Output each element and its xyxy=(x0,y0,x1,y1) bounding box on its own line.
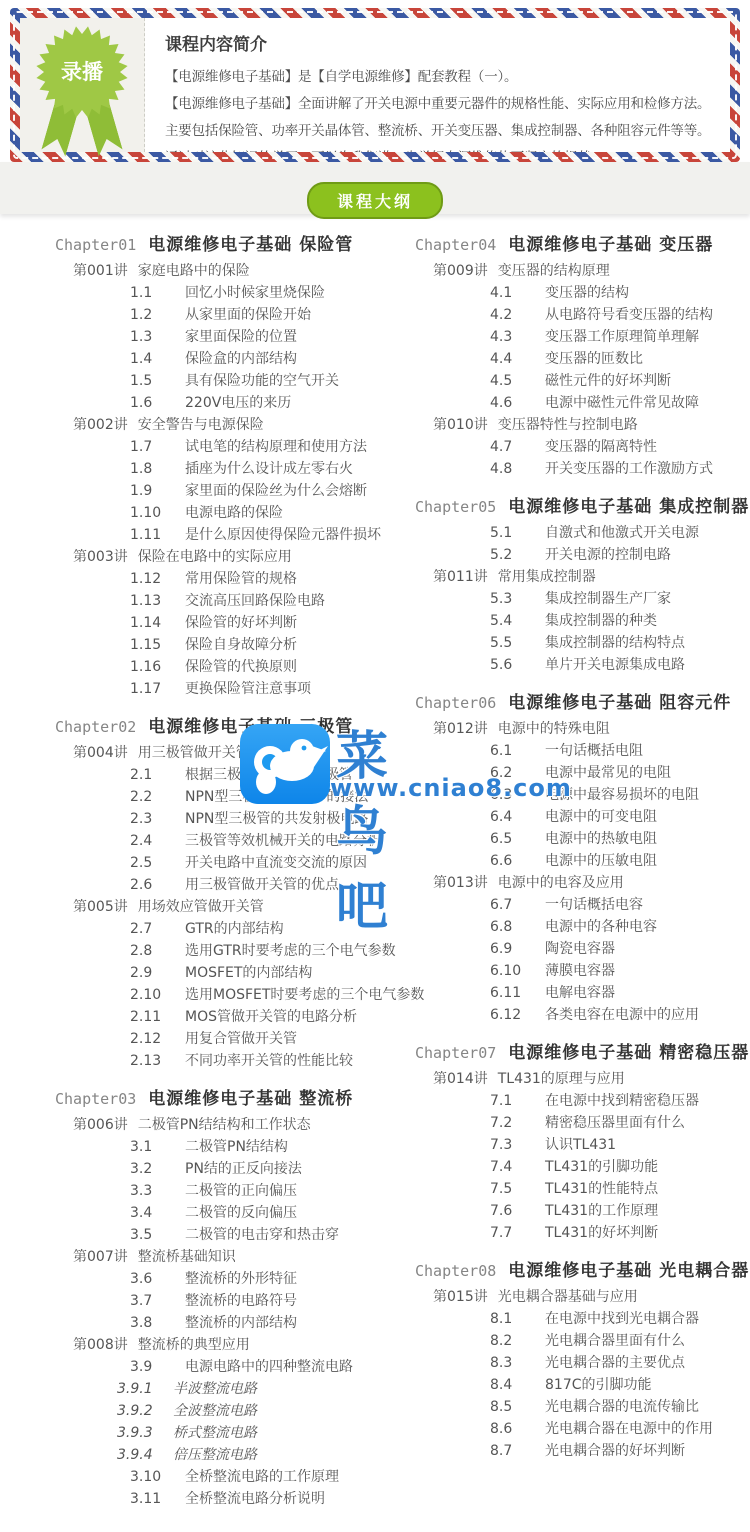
lesson-title: MOS管做开关管的电路分析 xyxy=(185,1006,357,1028)
lesson-row: 3.3二极管的正向偏压 xyxy=(55,1180,385,1202)
lesson-number: 5.3 xyxy=(490,588,545,610)
lesson-number: 1.1 xyxy=(130,282,185,304)
lesson-title: 电源中最容易损坏的电阻 xyxy=(545,784,699,806)
chapter-block: Chapter01电源维修电子基础 保险管第001讲家庭电路中的保险1.1回忆小… xyxy=(55,232,385,700)
lesson-title: TL431的好坏判断 xyxy=(545,1222,658,1244)
lesson-row: 2.9MOSFET的内部结构 xyxy=(55,962,385,984)
lesson-row: 3.1二极管PN结结构 xyxy=(55,1136,385,1158)
chapter-block: Chapter03电源维修电子基础 整流桥第006讲二极管PN结结构和工作状态3… xyxy=(55,1086,385,1510)
lesson-title: 单片开关电源集成电路 xyxy=(545,654,685,676)
intro-paragraph-line: 主要包括保险管、功率开关晶体管、整流桥、开关变压器、集成控制器、各种阻容元件等等… xyxy=(165,118,722,145)
chapter-heading: Chapter08电源维修电子基础 光电耦合器 xyxy=(415,1258,745,1284)
lecture-number: 第010讲 xyxy=(433,414,488,436)
lesson-title: 电源电路的保险 xyxy=(185,502,283,524)
lesson-title: 用复合管做开关管 xyxy=(185,1028,297,1050)
course-outline: Chapter01电源维修电子基础 保险管第001讲家庭电路中的保险1.1回忆小… xyxy=(55,232,745,1510)
chapter-label: Chapter02 xyxy=(55,718,136,736)
lesson-number: 8.4 xyxy=(490,1374,545,1396)
lesson-row: 3.11全桥整流电路分析说明 xyxy=(55,1488,385,1510)
lesson-row: 3.9.2全波整流电路 xyxy=(55,1400,385,1422)
lesson-title: 家里面保险的位置 xyxy=(185,326,297,348)
lesson-number: 1.5 xyxy=(130,370,185,392)
lecture-title: 保险在电路中的实际应用 xyxy=(138,546,292,568)
lesson-number: 3.9.2 xyxy=(117,1400,173,1422)
intro-title: 课程内容简介 xyxy=(165,30,722,55)
lesson-row: 2.10选用MOSFET时要考虑的三个电气参数 xyxy=(55,984,385,1006)
lesson-number: 2.4 xyxy=(130,830,185,852)
lesson-title: 二极管PN结结构 xyxy=(185,1136,288,1158)
lesson-title: 光电耦合器的主要优点 xyxy=(545,1352,685,1374)
lesson-title: 集成控制器生产厂家 xyxy=(545,588,671,610)
lesson-number: 5.4 xyxy=(490,610,545,632)
lesson-title: 电源中的各种电容 xyxy=(545,916,657,938)
lesson-row: 1.6220V电压的来历 xyxy=(55,392,385,414)
lecture-row: 第006讲二极管PN结结构和工作状态 xyxy=(55,1114,385,1136)
lecture-row: 第007讲整流桥基础知识 xyxy=(55,1246,385,1268)
lesson-number: 7.2 xyxy=(490,1112,545,1134)
chapter-title: 电源维修电子基础 保险管 xyxy=(148,235,353,255)
lecture-title: 光电耦合器基础与应用 xyxy=(498,1286,638,1308)
lesson-row: 3.9电源电路中的四种整流电路 xyxy=(55,1356,385,1378)
lesson-title: 二极管的反向偏压 xyxy=(185,1202,297,1224)
lesson-number: 4.8 xyxy=(490,458,545,480)
lesson-row: 7.5TL431的性能特点 xyxy=(415,1178,745,1200)
lesson-number: 1.3 xyxy=(130,326,185,348)
lesson-number: 4.3 xyxy=(490,326,545,348)
lesson-number: 8.6 xyxy=(490,1418,545,1440)
lesson-title: 从电路符号看变压器的结构 xyxy=(545,304,713,326)
chapter-label: Chapter05 xyxy=(415,498,496,516)
lesson-number: 6.5 xyxy=(490,828,545,850)
lesson-row: 3.9.4倍压整流电路 xyxy=(55,1444,385,1466)
lecture-row: 第012讲电源中的特殊电阻 xyxy=(415,718,745,740)
chapter-title: 电源维修电子基础 光电耦合器 xyxy=(508,1261,749,1281)
outline-column-left: Chapter01电源维修电子基础 保险管第001讲家庭电路中的保险1.1回忆小… xyxy=(55,232,385,1510)
lecture-title: 变压器特性与控制电路 xyxy=(498,414,638,436)
lesson-number: 8.3 xyxy=(490,1352,545,1374)
chapter-label: Chapter03 xyxy=(55,1090,136,1108)
lesson-row: 4.1变压器的结构 xyxy=(415,282,745,304)
lesson-number: 6.3 xyxy=(490,784,545,806)
chapter-title: 电源维修电子基础 整流桥 xyxy=(148,1089,353,1109)
lesson-row: 2.12用复合管做开关管 xyxy=(55,1028,385,1050)
lesson-number: 2.7 xyxy=(130,918,185,940)
lesson-title: NPN型三极管的共发射极电路 xyxy=(185,808,368,830)
lesson-row: 1.14保险管的好坏判断 xyxy=(55,612,385,634)
outline-button[interactable]: 课程大纲 xyxy=(307,182,443,219)
chapter-title: 电源维修电子基础 三极管 xyxy=(148,717,353,737)
lesson-row: 1.3家里面保险的位置 xyxy=(55,326,385,348)
lesson-title: 电源中的可变电阻 xyxy=(545,806,657,828)
course-intro-inner: 录播 课程内容简介 【电源维修电子基础】是【自学电源维修】配套教程（一）。 【电… xyxy=(20,18,730,152)
lesson-title: 保险自身故障分析 xyxy=(185,634,297,656)
lesson-number: 2.12 xyxy=(130,1028,185,1050)
lesson-title: 陶瓷电容器 xyxy=(545,938,615,960)
lecture-number: 第004讲 xyxy=(73,742,128,764)
lesson-number: 8.2 xyxy=(490,1330,545,1352)
lesson-title: 变压器的隔离特性 xyxy=(545,436,657,458)
lesson-row: 1.11是什么原因使得保险元器件损坏 xyxy=(55,524,385,546)
lesson-row: 5.3集成控制器生产厂家 xyxy=(415,588,745,610)
lesson-row: 1.17更换保险管注意事项 xyxy=(55,678,385,700)
lecture-number: 第009讲 xyxy=(433,260,488,282)
lesson-title: 一句话概括电阻 xyxy=(545,740,643,762)
lesson-row: 4.2从电路符号看变压器的结构 xyxy=(415,304,745,326)
lesson-title: MOSFET的内部结构 xyxy=(185,962,312,984)
chapter-label: Chapter08 xyxy=(415,1262,496,1280)
lecture-title: 用场效应管做开关管 xyxy=(138,896,264,918)
lesson-title: 全桥整流电路分析说明 xyxy=(185,1488,325,1510)
lesson-number: 5.5 xyxy=(490,632,545,654)
lesson-row: 1.9家里面的保险丝为什么会熔断 xyxy=(55,480,385,502)
lesson-row: 6.1一句话概括电阻 xyxy=(415,740,745,762)
lesson-number: 3.9.4 xyxy=(117,1444,173,1466)
lesson-row: 1.15保险自身故障分析 xyxy=(55,634,385,656)
chapter-heading: Chapter05电源维修电子基础 集成控制器 xyxy=(415,494,745,520)
lesson-number: 3.3 xyxy=(130,1180,185,1202)
lesson-number: 2.5 xyxy=(130,852,185,874)
lecture-title: 家庭电路中的保险 xyxy=(138,260,250,282)
lesson-row: 1.10电源电路的保险 xyxy=(55,502,385,524)
lesson-number: 7.1 xyxy=(490,1090,545,1112)
lesson-number: 4.2 xyxy=(490,304,545,326)
lesson-title: 倍压整流电路 xyxy=(173,1444,257,1466)
intro-paragraph-line: 【电源维修电子基础】全面讲解了开关电源中重要元器件的规格性能、实际应用和检修方法… xyxy=(165,91,722,118)
lesson-title: 各类电容在电源中的应用 xyxy=(545,1004,699,1026)
lesson-title: 集成控制器的种类 xyxy=(545,610,657,632)
lecture-row: 第001讲家庭电路中的保险 xyxy=(55,260,385,282)
lesson-row: 7.2精密稳压器里面有什么 xyxy=(415,1112,745,1134)
chapter-title: 电源维修电子基础 精密稳压器 xyxy=(508,1043,749,1063)
lesson-title: 光电耦合器的电流传输比 xyxy=(545,1396,699,1418)
lesson-title: 根据三极管型号认识三极管 xyxy=(185,764,353,786)
lecture-row: 第002讲安全警告与电源保险 xyxy=(55,414,385,436)
lesson-title: 回忆小时候家里烧保险 xyxy=(185,282,325,304)
lesson-row: 6.3电源中最容易损坏的电阻 xyxy=(415,784,745,806)
lesson-title: 半波整流电路 xyxy=(173,1378,257,1400)
lesson-row: 5.4集成控制器的种类 xyxy=(415,610,745,632)
lesson-number: 1.10 xyxy=(130,502,185,524)
lesson-number: 6.6 xyxy=(490,850,545,872)
lesson-row: 5.1自激式和他激式开关电源 xyxy=(415,522,745,544)
lesson-row: 2.2NPN型三极管在电路中的接法 xyxy=(55,786,385,808)
lecture-number: 第007讲 xyxy=(73,1246,128,1268)
chapter-heading: Chapter06电源维修电子基础 阻容元件 xyxy=(415,690,745,716)
chapter-title: 电源维修电子基础 变压器 xyxy=(508,235,713,255)
chapter-heading: Chapter02电源维修电子基础 三极管 xyxy=(55,714,385,740)
lesson-title: 全桥整流电路的工作原理 xyxy=(185,1466,339,1488)
lesson-row: 2.8选用GTR时要考虑的三个电气参数 xyxy=(55,940,385,962)
lesson-row: 8.5光电耦合器的电流传输比 xyxy=(415,1396,745,1418)
lesson-row: 3.8整流桥的内部结构 xyxy=(55,1312,385,1334)
lesson-row: 5.6单片开关电源集成电路 xyxy=(415,654,745,676)
lesson-number: 4.7 xyxy=(490,436,545,458)
lesson-number: 7.4 xyxy=(490,1156,545,1178)
lesson-row: 6.5电源中的热敏电阻 xyxy=(415,828,745,850)
lesson-row: 6.7一句话概括电容 xyxy=(415,894,745,916)
lesson-number: 5.6 xyxy=(490,654,545,676)
lecture-row: 第010讲变压器特性与控制电路 xyxy=(415,414,745,436)
chapter-title: 电源维修电子基础 集成控制器 xyxy=(508,497,749,517)
lesson-title: 交流高压回路保险电路 xyxy=(185,590,325,612)
lesson-title: 自激式和他激式开关电源 xyxy=(545,522,699,544)
lesson-row: 7.4TL431的引脚功能 xyxy=(415,1156,745,1178)
lesson-row: 8.1在电源中找到光电耦合器 xyxy=(415,1308,745,1330)
lesson-title: NPN型三极管在电路中的接法 xyxy=(185,786,368,808)
lesson-row: 3.6整流桥的外形特征 xyxy=(55,1268,385,1290)
lesson-title: 从家里面的保险开始 xyxy=(185,304,311,326)
chapter-block: Chapter02电源维修电子基础 三极管第004讲用三极管做开关管2.1根据三… xyxy=(55,714,385,1072)
lesson-number: 4.1 xyxy=(490,282,545,304)
lesson-number: 3.5 xyxy=(130,1224,185,1246)
lesson-title: 电源电路中的四种整流电路 xyxy=(185,1356,353,1378)
lesson-number: 7.6 xyxy=(490,1200,545,1222)
lecture-row: 第004讲用三极管做开关管 xyxy=(55,742,385,764)
lesson-title: 试电笔的结构原理和使用方法 xyxy=(185,436,367,458)
lesson-row: 2.4三极管等效机械开关的电路分析 xyxy=(55,830,385,852)
lesson-number: 1.8 xyxy=(130,458,185,480)
lesson-number: 7.3 xyxy=(490,1134,545,1156)
lesson-number: 3.11 xyxy=(130,1488,185,1510)
lecture-title: 用三极管做开关管 xyxy=(138,742,250,764)
lesson-row: 4.3变压器工作原理简单理解 xyxy=(415,326,745,348)
lesson-number: 1.6 xyxy=(130,392,185,414)
lesson-row: 8.7光电耦合器的好坏判断 xyxy=(415,1440,745,1462)
lesson-number: 4.4 xyxy=(490,348,545,370)
lecture-title: TL431的原理与应用 xyxy=(498,1068,625,1090)
lesson-row: 8.2光电耦合器里面有什么 xyxy=(415,1330,745,1352)
lecture-number: 第015讲 xyxy=(433,1286,488,1308)
lesson-number: 2.10 xyxy=(130,984,185,1006)
lesson-row: 6.8电源中的各种电容 xyxy=(415,916,745,938)
chapter-heading: Chapter04电源维修电子基础 变压器 xyxy=(415,232,745,258)
lesson-number: 2.13 xyxy=(130,1050,185,1072)
lecture-title: 二极管PN结结构和工作状态 xyxy=(138,1114,311,1136)
lesson-number: 1.16 xyxy=(130,656,185,678)
lesson-row: 5.2开关电源的控制电路 xyxy=(415,544,745,566)
lesson-title: 选用GTR时要考虑的三个电气参数 xyxy=(185,940,396,962)
lesson-title: 电源中磁性元件常见故障 xyxy=(545,392,699,414)
lesson-row: 1.5具有保险功能的空气开关 xyxy=(55,370,385,392)
lesson-number: 8.7 xyxy=(490,1440,545,1462)
lecture-number: 第008讲 xyxy=(73,1334,128,1356)
lesson-title: 在电源中找到精密稳压器 xyxy=(545,1090,699,1112)
lesson-title: 变压器的匝数比 xyxy=(545,348,643,370)
lesson-number: 3.9.3 xyxy=(117,1422,173,1444)
lesson-row: 4.5磁性元件的好坏判断 xyxy=(415,370,745,392)
intro-paragraph-line: 【电源维修电子基础】是【自学电源维修】配套教程（一）。 xyxy=(165,64,722,91)
lesson-title: 不同功率开关管的性能比较 xyxy=(185,1050,353,1072)
chapter-title: 电源维修电子基础 阻容元件 xyxy=(508,693,731,713)
lesson-row: 4.7变压器的隔离特性 xyxy=(415,436,745,458)
lesson-title: 保险管的代换原则 xyxy=(185,656,297,678)
lesson-row: 2.5开关电路中直流变交流的原因 xyxy=(55,852,385,874)
lesson-row: 6.6电源中的压敏电阻 xyxy=(415,850,745,872)
lecture-number: 第011讲 xyxy=(433,566,488,588)
lecture-number: 第012讲 xyxy=(433,718,488,740)
lesson-row: 2.7GTR的内部结构 xyxy=(55,918,385,940)
lesson-title: TL431的引脚功能 xyxy=(545,1156,658,1178)
chapter-heading: Chapter01电源维修电子基础 保险管 xyxy=(55,232,385,258)
recorded-badge-seal-icon: 录播 xyxy=(34,24,130,120)
chapter-heading: Chapter03电源维修电子基础 整流桥 xyxy=(55,1086,385,1112)
lesson-title: 认识TL431 xyxy=(545,1134,616,1156)
lesson-title: 开关电源的控制电路 xyxy=(545,544,671,566)
lesson-number: 2.8 xyxy=(130,940,185,962)
course-intro-card: 录播 课程内容简介 【电源维修电子基础】是【自学电源维修】配套教程（一）。 【电… xyxy=(10,8,740,162)
lecture-number: 第001讲 xyxy=(73,260,128,282)
lesson-title: 保险盒的内部结构 xyxy=(185,348,297,370)
lesson-title: 变压器的结构 xyxy=(545,282,629,304)
lesson-title: 插座为什么设计成左零右火 xyxy=(185,458,353,480)
lesson-row: 8.6光电耦合器在电源中的作用 xyxy=(415,1418,745,1440)
lecture-title: 整流桥基础知识 xyxy=(138,1246,236,1268)
lesson-row: 2.6用三极管做开关管的优点 xyxy=(55,874,385,896)
lesson-number: 2.6 xyxy=(130,874,185,896)
lesson-title: 用三极管做开关管的优点 xyxy=(185,874,339,896)
lesson-number: 1.9 xyxy=(130,480,185,502)
lesson-row: 7.3认识TL431 xyxy=(415,1134,745,1156)
chapter-label: Chapter07 xyxy=(415,1044,496,1062)
lecture-number: 第013讲 xyxy=(433,872,488,894)
lesson-number: 6.9 xyxy=(490,938,545,960)
lesson-number: 3.4 xyxy=(130,1202,185,1224)
lesson-title: TL431的工作原理 xyxy=(545,1200,658,1222)
lesson-row: 7.7TL431的好坏判断 xyxy=(415,1222,745,1244)
lesson-row: 3.4二极管的反向偏压 xyxy=(55,1202,385,1224)
lesson-number: 3.1 xyxy=(130,1136,185,1158)
lesson-title: 是什么原因使得保险元器件损坏 xyxy=(185,524,381,546)
lesson-number: 2.3 xyxy=(130,808,185,830)
lesson-number: 1.11 xyxy=(130,524,185,546)
lecture-number: 第006讲 xyxy=(73,1114,128,1136)
lesson-title: 220V电压的来历 xyxy=(185,392,291,414)
lesson-title: 一句话概括电容 xyxy=(545,894,643,916)
lesson-title: 更换保险管注意事项 xyxy=(185,678,311,700)
lesson-row: 2.11MOS管做开关管的电路分析 xyxy=(55,1006,385,1028)
lesson-title: 电源中的压敏电阻 xyxy=(545,850,657,872)
lesson-row: 1.7试电笔的结构原理和使用方法 xyxy=(55,436,385,458)
lecture-title: 变压器的结构原理 xyxy=(498,260,610,282)
lesson-row: 4.8开关变压器的工作激励方式 xyxy=(415,458,745,480)
lesson-title: 磁性元件的好坏判断 xyxy=(545,370,671,392)
lesson-number: 1.17 xyxy=(130,678,185,700)
chapter-block: Chapter05电源维修电子基础 集成控制器5.1自激式和他激式开关电源5.2… xyxy=(415,494,745,676)
lesson-number: 3.7 xyxy=(130,1290,185,1312)
lesson-row: 1.12常用保险管的规格 xyxy=(55,568,385,590)
lesson-number: 3.2 xyxy=(130,1158,185,1180)
lecture-row: 第013讲电源中的电容及应用 xyxy=(415,872,745,894)
lesson-title: GTR的内部结构 xyxy=(185,918,284,940)
lesson-title: 电解电容器 xyxy=(545,982,615,1004)
lesson-row: 3.9.1半波整流电路 xyxy=(55,1378,385,1400)
lesson-number: 1.4 xyxy=(130,348,185,370)
lesson-number: 1.14 xyxy=(130,612,185,634)
lesson-title: 二极管的正向偏压 xyxy=(185,1180,297,1202)
lesson-row: 4.4变压器的匝数比 xyxy=(415,348,745,370)
recorded-badge-panel: 录播 xyxy=(20,18,145,152)
lesson-title: 整流桥的内部结构 xyxy=(185,1312,297,1334)
lesson-number: 1.7 xyxy=(130,436,185,458)
lecture-row: 第008讲整流桥的典型应用 xyxy=(55,1334,385,1356)
lesson-title: 选用MOSFET时要考虑的三个电气参数 xyxy=(185,984,424,1006)
lesson-number: 6.4 xyxy=(490,806,545,828)
lesson-title: 整流桥的电路符号 xyxy=(185,1290,297,1312)
lesson-title: 具有保险功能的空气开关 xyxy=(185,370,339,392)
lesson-title: 三极管等效机械开关的电路分析 xyxy=(185,830,381,852)
lesson-number: 3.10 xyxy=(130,1466,185,1488)
lesson-row: 6.4电源中的可变电阻 xyxy=(415,806,745,828)
lesson-row: 2.13不同功率开关管的性能比较 xyxy=(55,1050,385,1072)
lesson-row: 1.13交流高压回路保险电路 xyxy=(55,590,385,612)
lesson-number: 5.2 xyxy=(490,544,545,566)
lesson-row: 8.3光电耦合器的主要优点 xyxy=(415,1352,745,1374)
lesson-row: 5.5集成控制器的结构特点 xyxy=(415,632,745,654)
lesson-number: 5.1 xyxy=(490,522,545,544)
lesson-title: 开关变压器的工作激励方式 xyxy=(545,458,713,480)
lesson-row: 1.4保险盒的内部结构 xyxy=(55,348,385,370)
lesson-number: 3.9 xyxy=(130,1356,185,1378)
outline-column-right: Chapter04电源维修电子基础 变压器第009讲变压器的结构原理4.1变压器… xyxy=(415,232,745,1510)
lecture-row: 第009讲变压器的结构原理 xyxy=(415,260,745,282)
lesson-number: 3.6 xyxy=(130,1268,185,1290)
lesson-title: 光电耦合器在电源中的作用 xyxy=(545,1418,713,1440)
lesson-number: 8.5 xyxy=(490,1396,545,1418)
lesson-row: 8.4817C的引脚功能 xyxy=(415,1374,745,1396)
lesson-title: TL431的性能特点 xyxy=(545,1178,658,1200)
lesson-title: 光电耦合器里面有什么 xyxy=(545,1330,685,1352)
chapter-label: Chapter06 xyxy=(415,694,496,712)
lecture-number: 第003讲 xyxy=(73,546,128,568)
lesson-title: 保险管的好坏判断 xyxy=(185,612,297,634)
lesson-row: 7.1在电源中找到精密稳压器 xyxy=(415,1090,745,1112)
lesson-number: 2.2 xyxy=(130,786,185,808)
lesson-row: 4.6电源中磁性元件常见故障 xyxy=(415,392,745,414)
chapter-label: Chapter01 xyxy=(55,236,136,254)
course-intro-text: 课程内容简介 【电源维修电子基础】是【自学电源维修】配套教程（一）。 【电源维修… xyxy=(145,18,730,152)
lesson-title: 在电源中找到光电耦合器 xyxy=(545,1308,699,1330)
lesson-row: 1.2从家里面的保险开始 xyxy=(55,304,385,326)
lesson-title: 电源中的热敏电阻 xyxy=(545,828,657,850)
lesson-row: 1.8插座为什么设计成左零右火 xyxy=(55,458,385,480)
lesson-row: 6.2电源中最常见的电阻 xyxy=(415,762,745,784)
lesson-number: 4.5 xyxy=(490,370,545,392)
lecture-title: 电源中的电容及应用 xyxy=(498,872,624,894)
lesson-title: 整流桥的外形特征 xyxy=(185,1268,297,1290)
lesson-number: 4.6 xyxy=(490,392,545,414)
lesson-row: 3.7整流桥的电路符号 xyxy=(55,1290,385,1312)
chapter-block: Chapter07电源维修电子基础 精密稳压器第014讲TL431的原理与应用7… xyxy=(415,1040,745,1244)
lesson-row: 1.16保险管的代换原则 xyxy=(55,656,385,678)
lecture-row: 第014讲TL431的原理与应用 xyxy=(415,1068,745,1090)
lesson-number: 1.12 xyxy=(130,568,185,590)
lesson-title: 光电耦合器的好坏判断 xyxy=(545,1440,685,1462)
lecture-row: 第003讲保险在电路中的实际应用 xyxy=(55,546,385,568)
lesson-number: 7.7 xyxy=(490,1222,545,1244)
lesson-title: 开关电路中直流变交流的原因 xyxy=(185,852,367,874)
lesson-number: 1.15 xyxy=(130,634,185,656)
lesson-number: 8.1 xyxy=(490,1308,545,1330)
lecture-number: 第014讲 xyxy=(433,1068,488,1090)
recorded-badge-label: 录播 xyxy=(61,60,103,84)
lecture-row: 第011讲常用集成控制器 xyxy=(415,566,745,588)
lesson-title: 薄膜电容器 xyxy=(545,960,615,982)
lesson-number: 3.8 xyxy=(130,1312,185,1334)
lesson-title: 集成控制器的结构特点 xyxy=(545,632,685,654)
lecture-title: 安全警告与电源保险 xyxy=(138,414,264,436)
lesson-number: 6.12 xyxy=(490,1004,545,1026)
lesson-number: 6.1 xyxy=(490,740,545,762)
